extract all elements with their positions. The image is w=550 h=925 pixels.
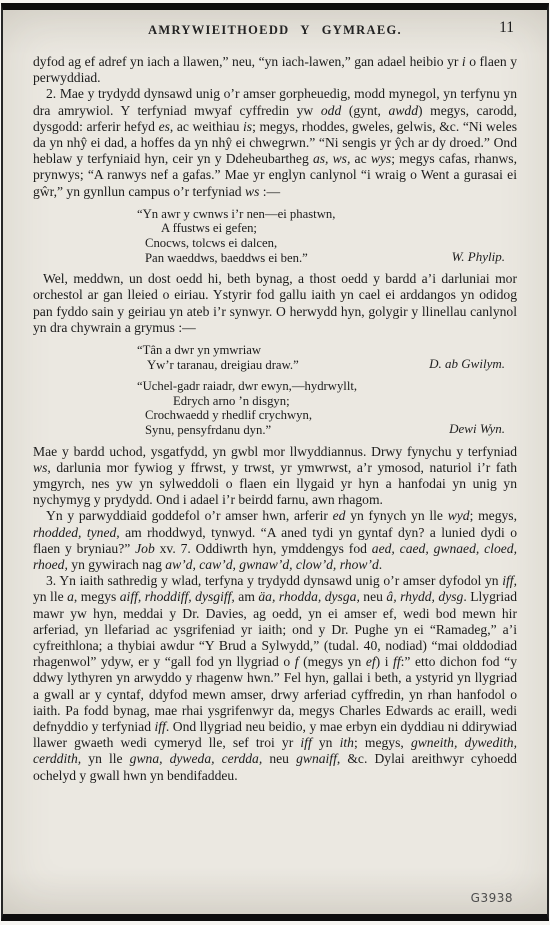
- page-header: AMRYWIEITHOEDD Y GYMRAEG. 11: [33, 19, 517, 43]
- paragraph-continuation: dyfod ag ef adref yn iach a llawen,” neu…: [33, 54, 517, 86]
- verse-line: A ffustws ei gefen;: [161, 221, 517, 236]
- catalog-stamp: G3938: [471, 891, 513, 905]
- paragraph-mae-y-bardd: Mae y bardd uchod, ysgatfydd, yn gwbl mo…: [33, 444, 517, 509]
- scanned-page: AMRYWIEITHOEDD Y GYMRAEG. 11 dyfod ag ef…: [1, 3, 549, 921]
- running-title: AMRYWIEITHOEDD Y GYMRAEG.: [148, 23, 402, 38]
- paragraph-section-3: 3. Yn iaith sathredig y wlad, terfyna y …: [33, 573, 517, 784]
- verse-line: Edrych arno ’n disgyn;: [173, 394, 517, 409]
- paragraph-passive-ed: Yn y parwyddiaid goddefol o’r amser hwn,…: [33, 508, 517, 573]
- couplet-d-ab-gwilym: “Tân a dwr yn ymwriaw Yw’r taranau, drei…: [33, 343, 517, 372]
- verse-attribution-dewi-wyn: Dewi Wyn.: [449, 422, 505, 437]
- verse-attribution-w-phylip: W. Phylip.: [452, 250, 505, 265]
- paragraph-wel-meddwn: Wel, meddwn, un dost oedd hi, beth bynag…: [33, 271, 517, 336]
- paragraph-section-2: 2. Mae y trydydd dynsawd unig o’r amser …: [33, 86, 517, 199]
- verse-dewi-wyn: “Uchel-gadr raiadr, dwr ewyn,—hydrwyllt,…: [33, 379, 517, 437]
- page-number: 11: [499, 19, 514, 37]
- verse-attribution-d-ab-gwilym: D. ab Gwilym.: [429, 357, 505, 372]
- verse-englyn-ws: “Yn awr y cwnws i’r nen—ei phastwn, A ff…: [33, 207, 517, 265]
- verse-line: “Uchel-gadr raiadr, dwr ewyn,—hydrwyllt,: [137, 379, 517, 394]
- page-body: dyfod ag ef adref yn iach a llawen,” neu…: [33, 54, 517, 784]
- verse-line: “Yn awr y cwnws i’r nen—ei phastwn,: [137, 207, 517, 222]
